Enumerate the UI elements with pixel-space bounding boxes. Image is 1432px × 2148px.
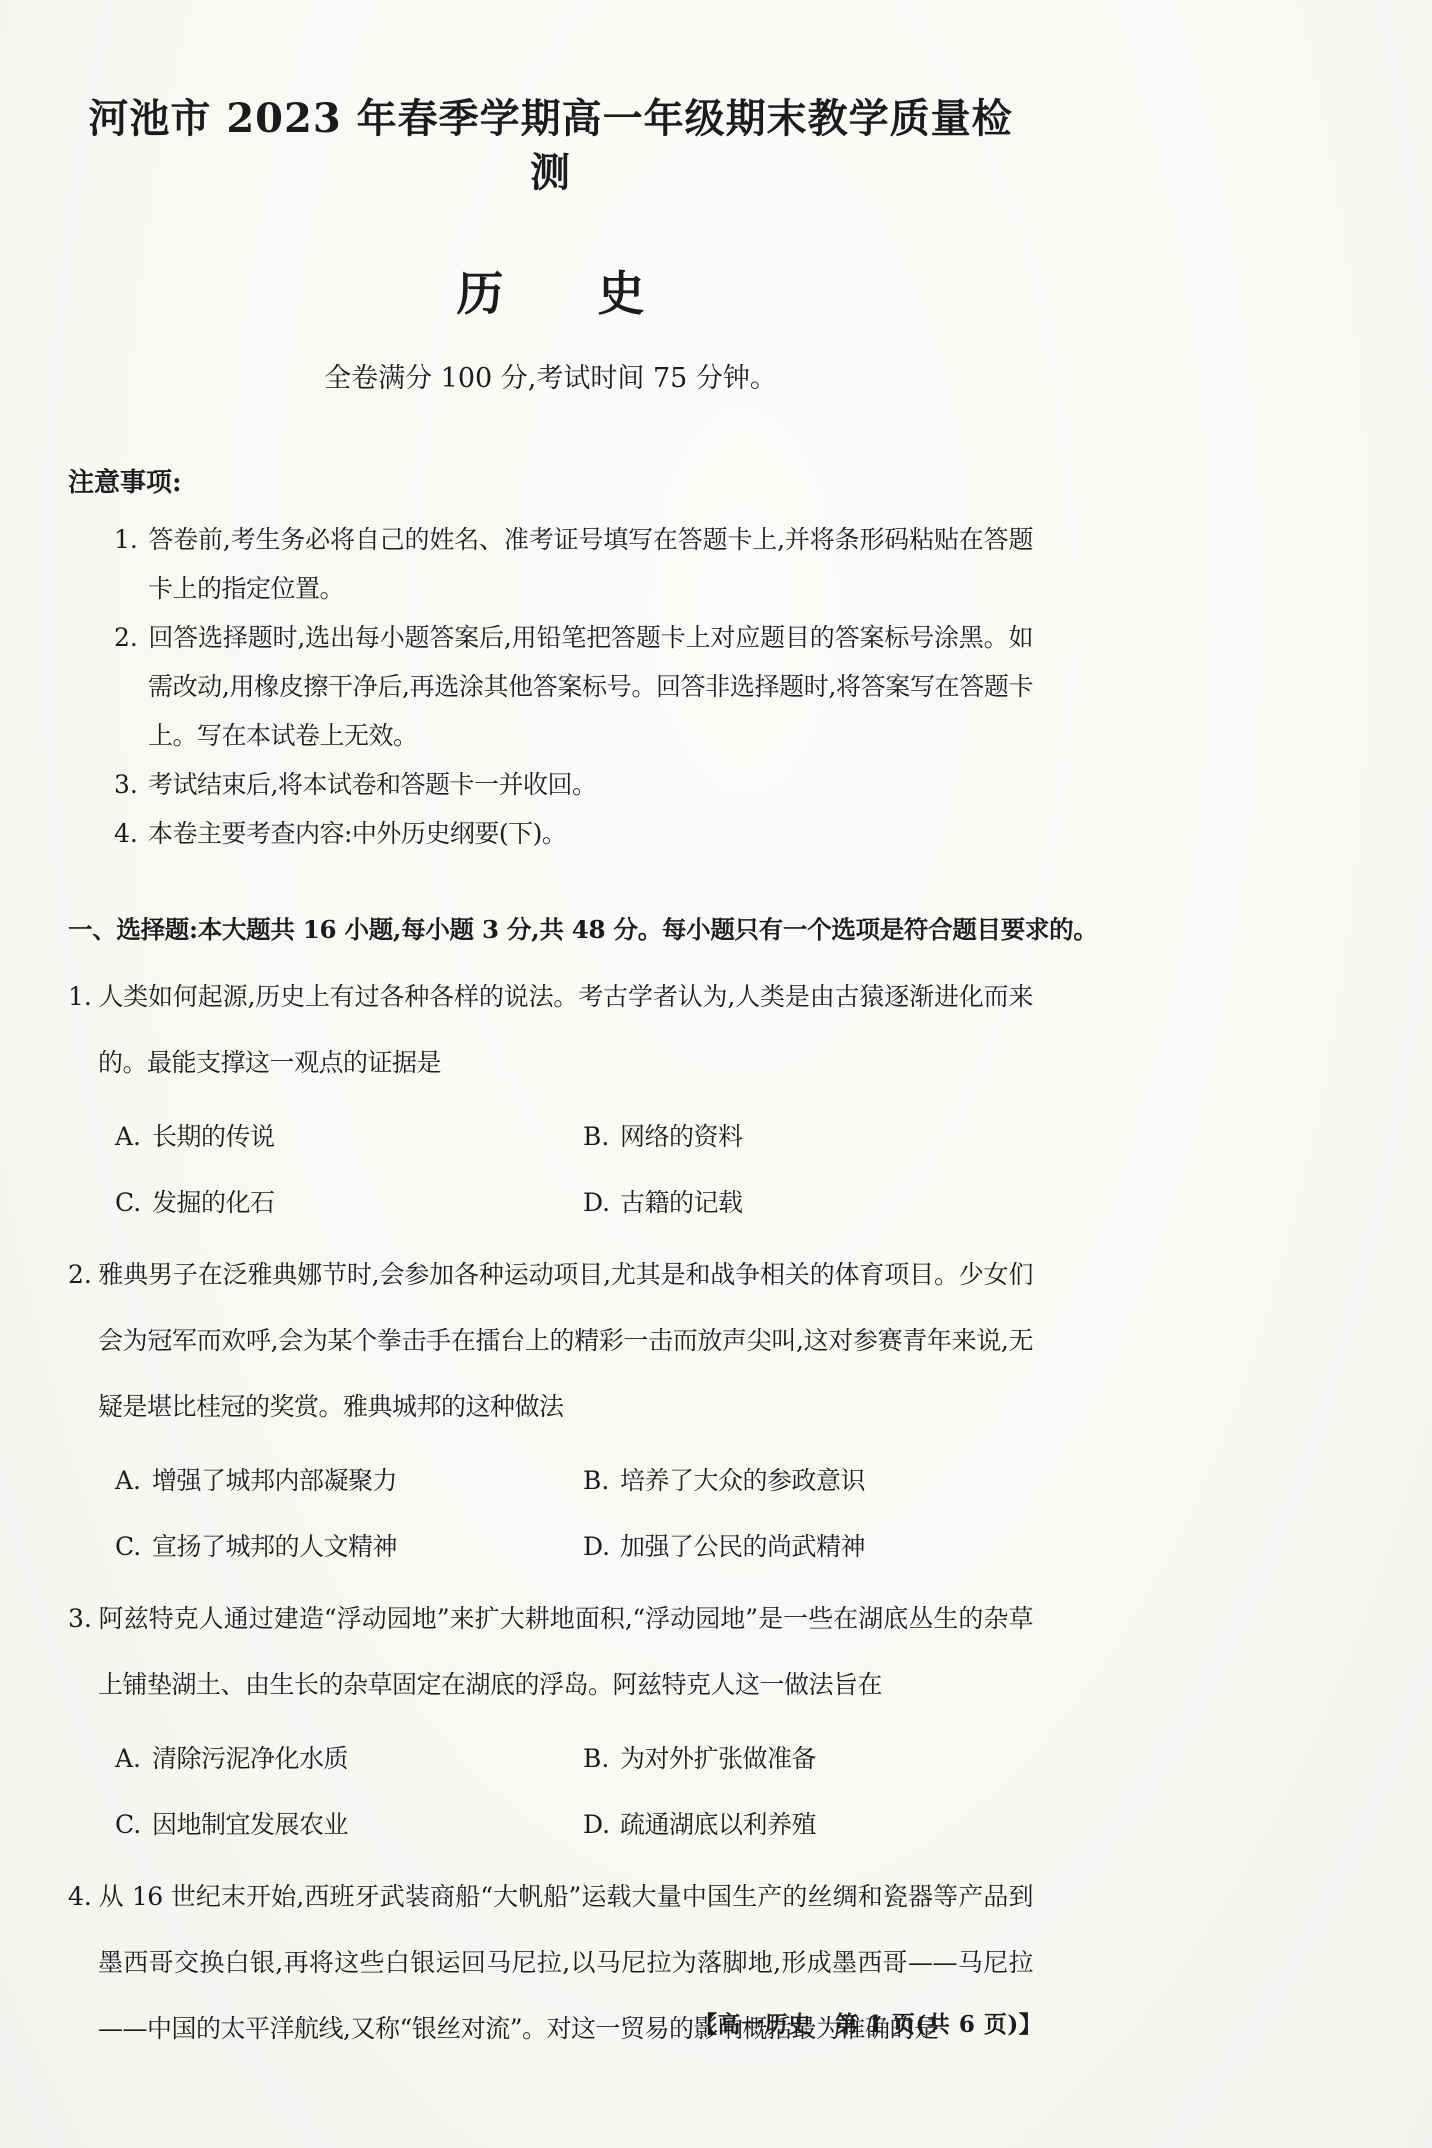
- option-b: B.为对外扩张做准备: [583, 1726, 1033, 1792]
- option-label: C.: [115, 1514, 152, 1580]
- question-number: 4.: [68, 1864, 98, 1930]
- option-text: 为对外扩张做准备: [620, 1744, 816, 1773]
- notice-text: 本卷主要考查内容:中外历史纲要(下)。: [148, 819, 566, 848]
- option-d: D.加强了公民的尚武精神: [583, 1514, 1033, 1580]
- option-c: C.宣扬了城邦的人文精神: [115, 1514, 583, 1580]
- option-text: 长期的传说: [152, 1122, 275, 1151]
- option-label: C.: [115, 1170, 152, 1236]
- notice-text: 答卷前,考生务必将自己的姓名、准考证号填写在答题卡上,并将条形码粘贴在答题卡上的…: [148, 525, 1033, 603]
- question-stem: 人类如何起源,历史上有过各种各样的说法。考古学者认为,人类是由古猿逐渐进化而来的…: [98, 982, 1033, 1077]
- question-3: 3.阿兹特克人通过建造“浮动园地”来扩大耕地面积,“浮动园地”是一些在湖底丛生的…: [68, 1586, 1033, 1858]
- question-text: 1.人类如何起源,历史上有过各种各样的说法。考古学者认为,人类是由古猿逐渐进化而…: [68, 964, 1033, 1096]
- question-stem: 雅典男子在泛雅典娜节时,会参加各种运动项目,尤其是和战争相关的体育项目。少女们会…: [98, 1260, 1033, 1421]
- option-label: B.: [583, 1448, 620, 1514]
- option-b: B.网络的资料: [583, 1104, 1033, 1170]
- option-text: 发掘的化石: [152, 1188, 275, 1217]
- notice-number: 1.: [114, 515, 148, 564]
- notice-item-3: 3.考试结束后,将本试卷和答题卡一并收回。: [114, 760, 1033, 809]
- question-text: 3.阿兹特克人通过建造“浮动园地”来扩大耕地面积,“浮动园地”是一些在湖底丛生的…: [68, 1586, 1033, 1718]
- question-stem: 阿兹特克人通过建造“浮动园地”来扩大耕地面积,“浮动园地”是一些在湖底丛生的杂草…: [98, 1604, 1033, 1699]
- option-label: B.: [583, 1726, 620, 1792]
- option-b: B.培养了大众的参政意识: [583, 1448, 1033, 1514]
- option-d: D.古籍的记载: [583, 1170, 1033, 1236]
- option-label: A.: [115, 1104, 152, 1170]
- option-text: 加强了公民的尚武精神: [620, 1532, 865, 1561]
- options-grid: A.增强了城邦内部凝聚力 B.培养了大众的参政意识 C.宣扬了城邦的人文精神 D…: [68, 1448, 1033, 1580]
- option-c: C.发掘的化石: [115, 1170, 583, 1236]
- option-text: 网络的资料: [620, 1122, 743, 1151]
- option-label: C.: [115, 1792, 152, 1858]
- notices-section: 注意事项: 1.答卷前,考生务必将自己的姓名、准考证号填写在答题卡上,并将条形码…: [68, 465, 1033, 858]
- notice-number: 4.: [114, 809, 148, 858]
- option-d: D.疏通湖底以利养殖: [583, 1792, 1033, 1858]
- option-text: 因地制宜发展农业: [152, 1810, 348, 1839]
- section-heading: 一、选择题:本大题共 16 小题,每小题 3 分,共 48 分。每小题只有一个选…: [68, 910, 1033, 950]
- notice-number: 2.: [114, 613, 148, 662]
- notice-item-4: 4.本卷主要考查内容:中外历史纲要(下)。: [114, 809, 1033, 858]
- multiple-choice-section: 一、选择题:本大题共 16 小题,每小题 3 分,共 48 分。每小题只有一个选…: [68, 910, 1033, 2062]
- question-number: 2.: [68, 1242, 98, 1308]
- subject-title: 历 史: [68, 264, 1033, 325]
- option-text: 培养了大众的参政意识: [620, 1466, 865, 1495]
- option-label: B.: [583, 1104, 620, 1170]
- option-label: A.: [115, 1448, 152, 1514]
- question-number: 1.: [68, 964, 98, 1030]
- question-1: 1.人类如何起源,历史上有过各种各样的说法。考古学者认为,人类是由古猿逐渐进化而…: [68, 964, 1033, 1236]
- options-grid: A.清除污泥净化水质 B.为对外扩张做准备 C.因地制宜发展农业 D.疏通湖底以…: [68, 1726, 1033, 1858]
- notice-item-1: 1.答卷前,考生务必将自己的姓名、准考证号填写在答题卡上,并将条形码粘贴在答题卡…: [114, 515, 1033, 613]
- option-c: C.因地制宜发展农业: [115, 1792, 583, 1858]
- notice-text: 回答选择题时,选出每小题答案后,用铅笔把答题卡上对应题目的答案标号涂黑。如需改动…: [148, 623, 1033, 750]
- option-a: A.长期的传说: [115, 1104, 583, 1170]
- option-label: D.: [583, 1170, 620, 1236]
- option-text: 古籍的记载: [620, 1188, 743, 1217]
- option-a: A.增强了城邦内部凝聚力: [115, 1448, 583, 1514]
- option-label: A.: [115, 1726, 152, 1792]
- option-text: 宣扬了城邦的人文精神: [152, 1532, 397, 1561]
- option-text: 清除污泥净化水质: [152, 1744, 348, 1773]
- notice-text: 考试结束后,将本试卷和答题卡一并收回。: [148, 770, 596, 799]
- option-label: D.: [583, 1792, 620, 1858]
- notice-item-2: 2.回答选择题时,选出每小题答案后,用铅笔把答题卡上对应题目的答案标号涂黑。如需…: [114, 613, 1033, 760]
- option-text: 增强了城邦内部凝聚力: [152, 1466, 397, 1495]
- notices-heading: 注意事项:: [68, 465, 1033, 501]
- page-header: 河池市 2023 年春季学期高一年级期末教学质量检测 历 史 全卷满分 100 …: [68, 92, 1033, 399]
- notice-number: 3.: [114, 760, 148, 809]
- question-text: 2.雅典男子在泛雅典娜节时,会参加各种运动项目,尤其是和战争相关的体育项目。少女…: [68, 1242, 1033, 1440]
- options-grid: A.长期的传说 B.网络的资料 C.发掘的化石 D.古籍的记载: [68, 1104, 1033, 1236]
- page-footer: 【高一历史 第 1 页(共 6 页)】: [694, 2006, 1042, 2039]
- score-duration-line: 全卷满分 100 分,考试时间 75 分钟。: [68, 359, 1033, 399]
- option-text: 疏通湖底以利养殖: [620, 1810, 816, 1839]
- question-2: 2.雅典男子在泛雅典娜节时,会参加各种运动项目,尤其是和战争相关的体育项目。少女…: [68, 1242, 1033, 1580]
- exam-title: 河池市 2023 年春季学期高一年级期末教学质量检测: [68, 92, 1033, 200]
- exam-paper-page: 河池市 2023 年春季学期高一年级期末教学质量检测 历 史 全卷满分 100 …: [0, 0, 1432, 2148]
- question-number: 3.: [68, 1586, 98, 1652]
- option-a: A.清除污泥净化水质: [115, 1726, 583, 1792]
- option-label: D.: [583, 1514, 620, 1580]
